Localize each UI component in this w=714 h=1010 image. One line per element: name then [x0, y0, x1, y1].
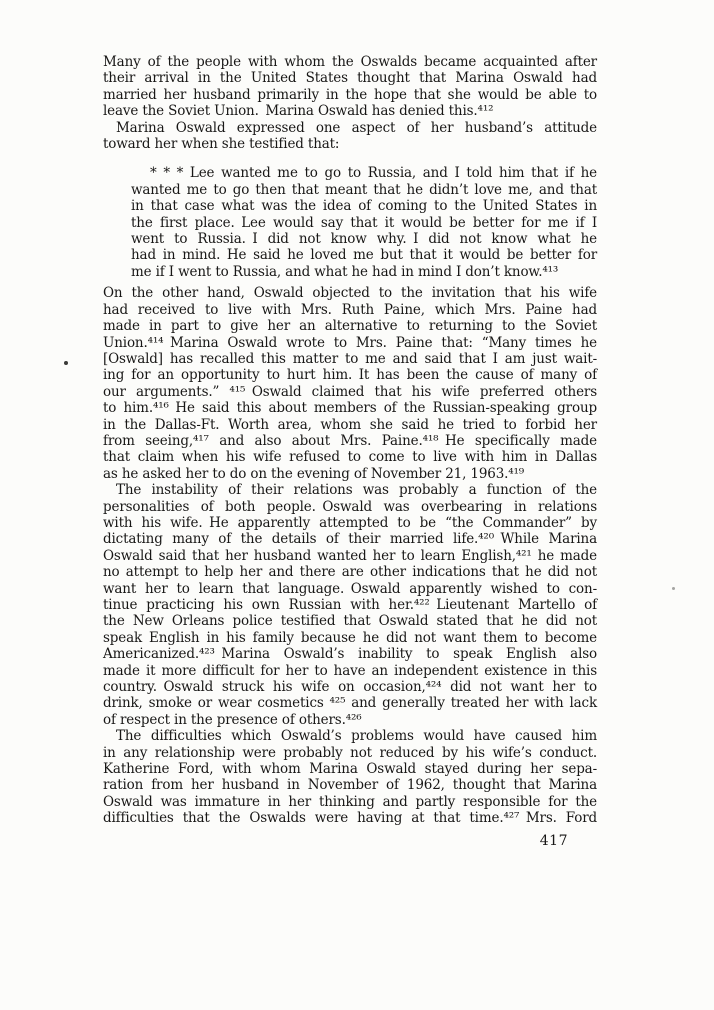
- text-line: drink, smoke or wear cosmetics ⁴²⁵ and g…: [103, 695, 597, 711]
- paragraph: The instability of their relations was p…: [103, 482, 597, 728]
- text-line: as he asked her to do on the evening of …: [103, 466, 597, 482]
- text-line: * * * Lee wanted me to go to Russia, and…: [131, 165, 597, 181]
- text-line: with his wife. He apparently attempted t…: [103, 515, 597, 531]
- text-line: Americanized.⁴²³ Marina Oswald’s inabili…: [103, 646, 597, 662]
- text-line: tinue practicing his own Russian with he…: [103, 597, 597, 613]
- text-line: personalities of both people. Oswald was…: [103, 499, 597, 515]
- text-line: dictating many of the details of their m…: [103, 531, 597, 547]
- text-line: had in mind. He said he loved me but tha…: [131, 247, 597, 263]
- text-line: from seeing,⁴¹⁷ and also about Mrs. Pain…: [103, 433, 597, 449]
- text-line: no attempt to help her and there are oth…: [103, 564, 597, 580]
- paragraph: Many of the people with whom the Oswalds…: [103, 54, 597, 120]
- text-line: the first place. Lee would say that it w…: [131, 215, 597, 231]
- text-line: made it more difficult for her to have a…: [103, 663, 597, 679]
- block-quote: * * * Lee wanted me to go to Russia, and…: [131, 165, 597, 280]
- text-line: me if I went to Russia, and what he had …: [131, 264, 597, 280]
- paragraph: On the other hand, Oswald objected to th…: [103, 285, 597, 482]
- text-line: Many of the people with whom the Oswalds…: [103, 54, 597, 70]
- text-line: On the other hand, Oswald objected to th…: [103, 285, 597, 301]
- text-line: The difficulties which Oswald’s problems…: [103, 728, 597, 744]
- text-line: married her husband primarily in the hop…: [103, 87, 597, 103]
- text-line: Oswald was immature in her thinking and …: [103, 794, 597, 810]
- text-line: country. Oswald struck his wife on occas…: [103, 679, 597, 695]
- text-line: Marina Oswald expressed one aspect of he…: [103, 120, 597, 136]
- text-line: Oswald said that her husband wanted her …: [103, 548, 597, 564]
- text-block: Many of the people with whom the Oswalds…: [103, 54, 597, 827]
- text-line: of respect in the presence of others.⁴²⁶: [103, 712, 597, 728]
- paragraph: The difficulties which Oswald’s problems…: [103, 728, 597, 826]
- text-line: the New Orleans police testified that Os…: [103, 613, 597, 629]
- paragraph: Marina Oswald expressed one aspect of he…: [103, 120, 597, 153]
- text-line: ration from her husband in November of 1…: [103, 777, 597, 793]
- text-line: our arguments.” ⁴¹⁵ Oswald claimed that …: [103, 384, 597, 400]
- text-line: in that case what was the idea of coming…: [131, 198, 597, 214]
- text-line: their arrival in the United States thoug…: [103, 70, 597, 86]
- text-line: made in part to give her an alternative …: [103, 318, 597, 334]
- text-line: ing for an opportunity to hurt him. It h…: [103, 367, 597, 383]
- text-line: The instability of their relations was p…: [103, 482, 597, 498]
- text-line: leave the Soviet Union. Marina Oswald ha…: [103, 103, 597, 119]
- page-number: 417: [103, 833, 597, 849]
- text-line: to him.⁴¹⁶ He said this about members of…: [103, 400, 597, 416]
- text-line: in any relationship were probably not re…: [103, 745, 597, 761]
- text-line: in the Dallas-Ft. Worth area, whom she s…: [103, 417, 597, 433]
- scan-speck-left: [64, 361, 68, 365]
- text-line: toward her when she testified that:: [103, 136, 597, 152]
- text-line: [Oswald] has recalled this matter to me …: [103, 351, 597, 367]
- text-line: want her to learn that language. Oswald …: [103, 581, 597, 597]
- text-line: that claim when his wife refused to come…: [103, 449, 597, 465]
- text-line: speak English in his family because he d…: [103, 630, 597, 646]
- text-line: went to Russia. I did not know why. I di…: [131, 231, 597, 247]
- document-page: Many of the people with whom the Oswalds…: [0, 0, 714, 1010]
- text-line: Katherine Ford, with whom Marina Oswald …: [103, 761, 597, 777]
- text-line: had received to live with Mrs. Ruth Pain…: [103, 302, 597, 318]
- text-line: Union.⁴¹⁴ Marina Oswald wrote to Mrs. Pa…: [103, 335, 597, 351]
- scan-speck-right: [672, 587, 675, 590]
- text-line: difficulties that the Oswalds were havin…: [103, 810, 597, 826]
- text-line: wanted me to go then that meant that he …: [131, 182, 597, 198]
